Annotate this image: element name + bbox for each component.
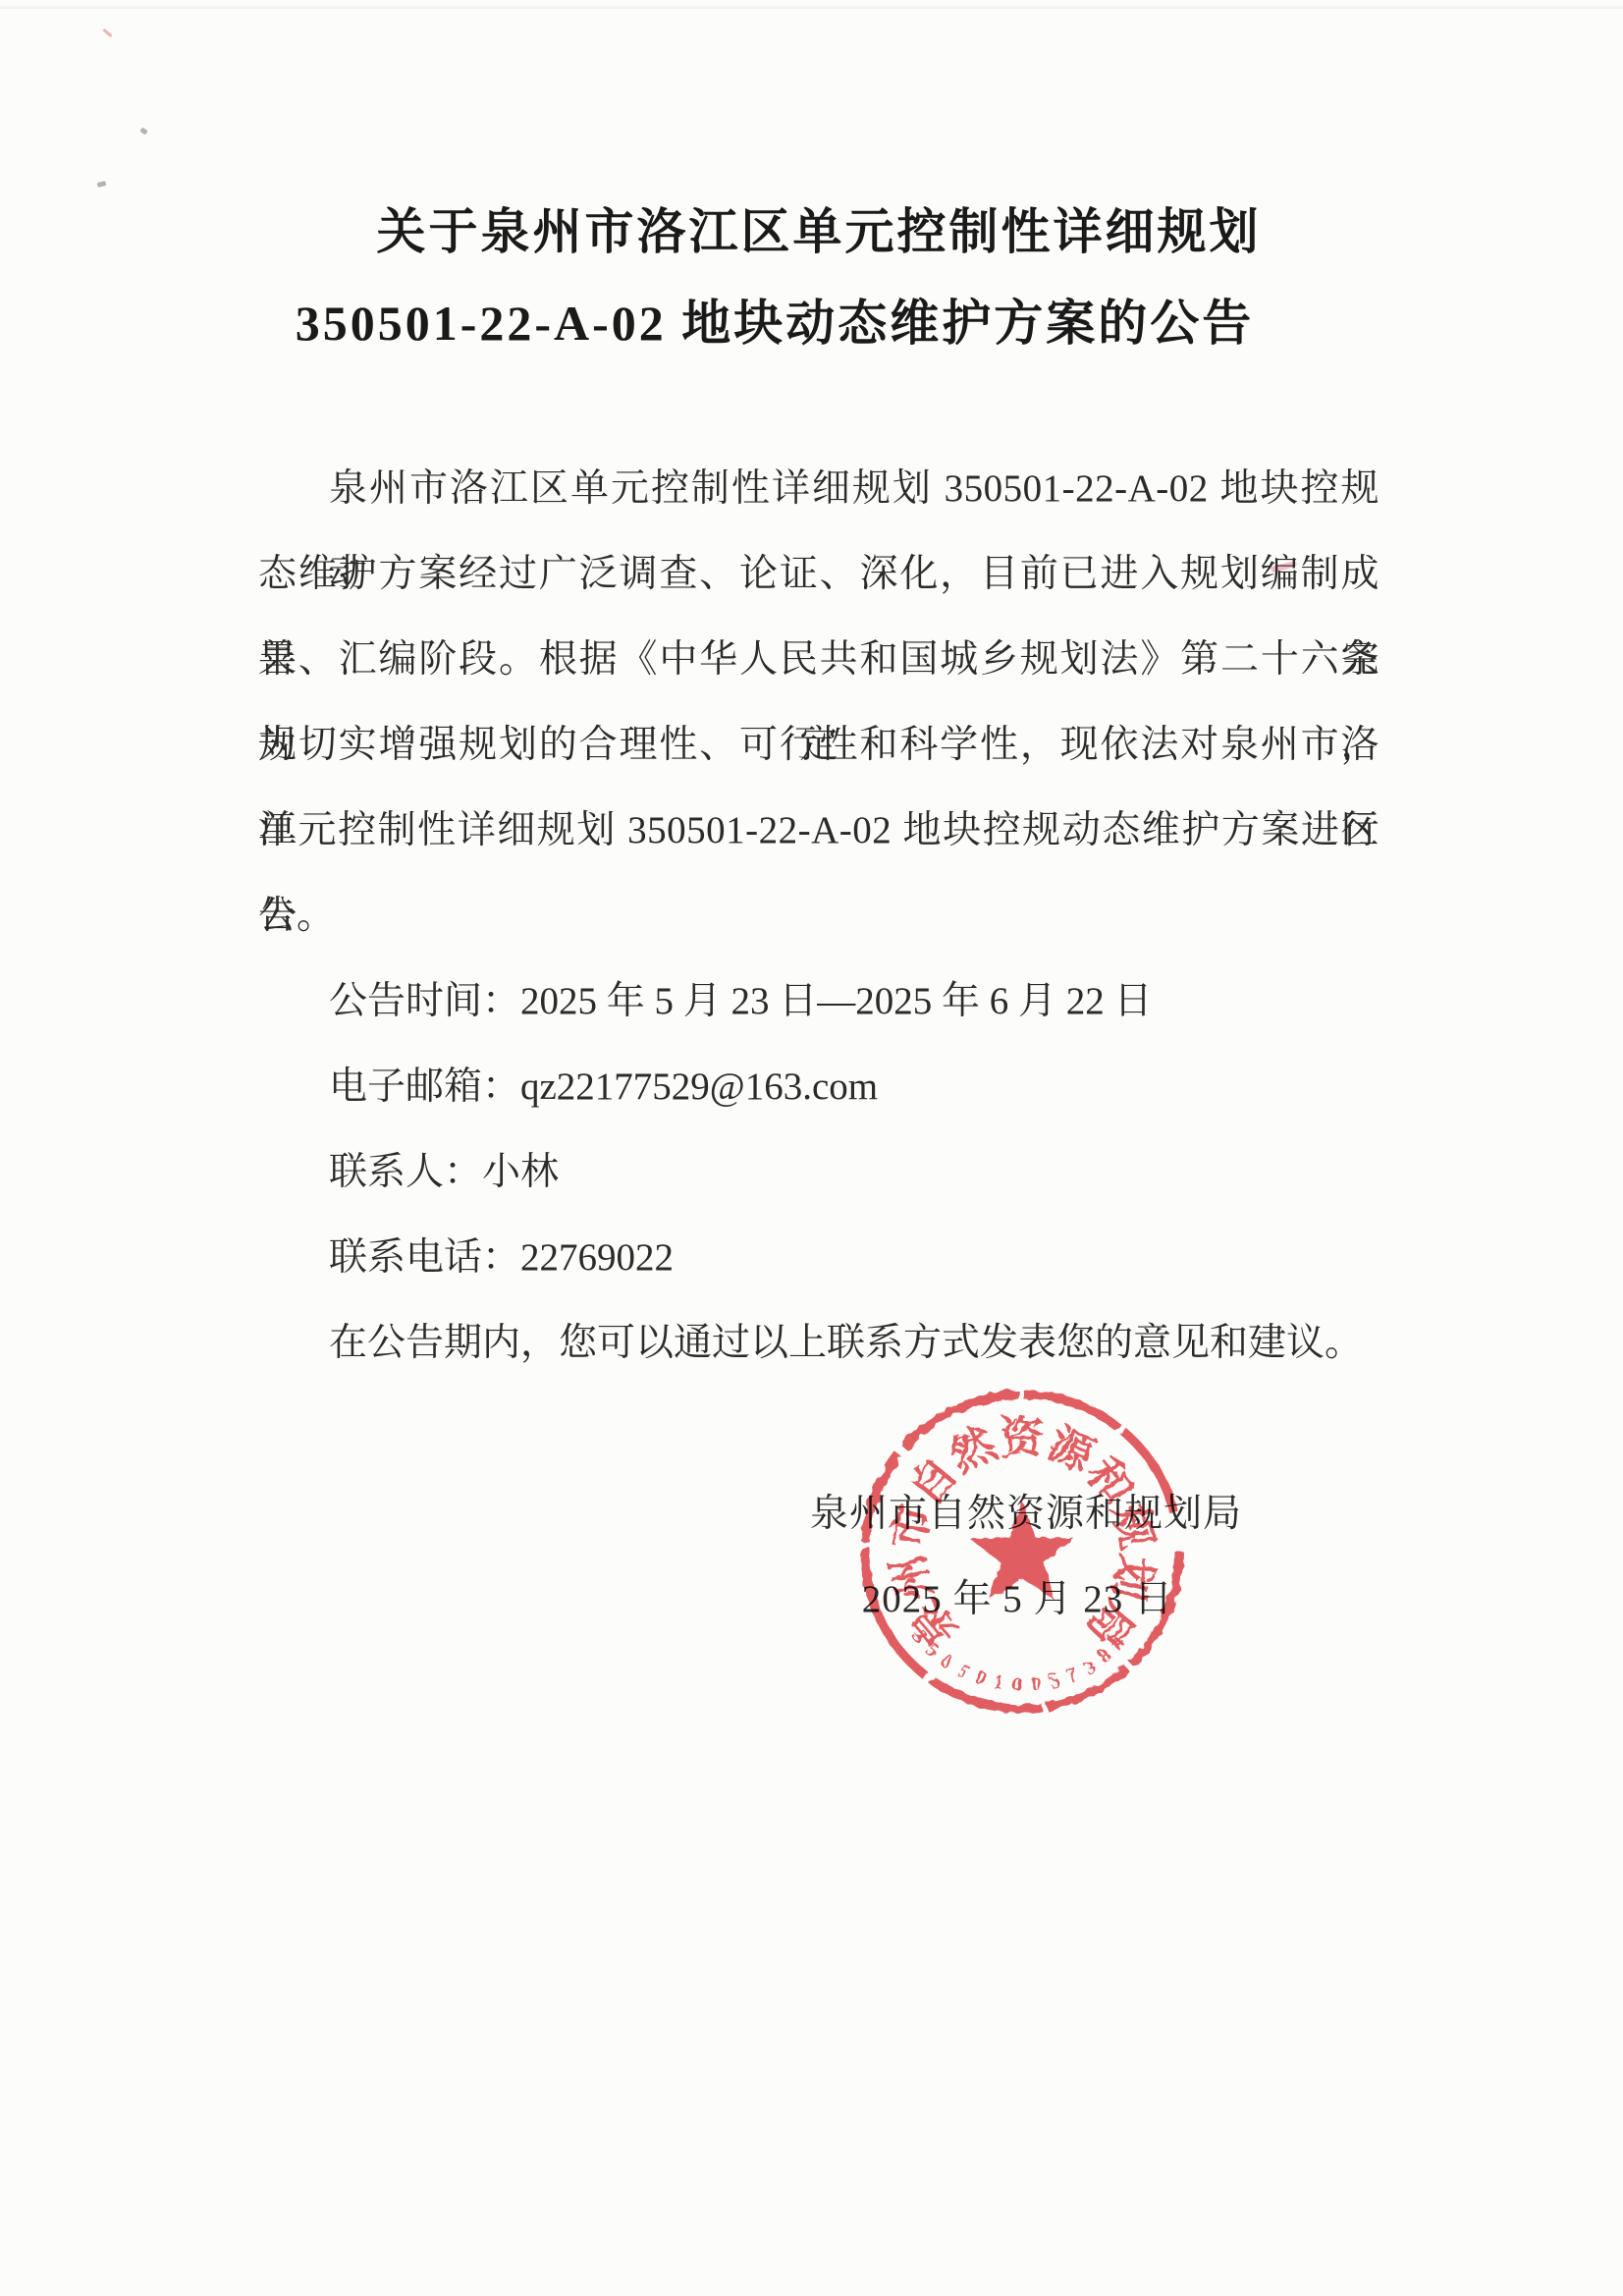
spacer-line: [258, 1386, 1380, 1471]
signature-date: 2025 年 5 月 23 日: [258, 1557, 1380, 1642]
announcement-document-page: 关于泉州市洛江区单元控制性详细规划 350501-22-A-02 地块动态维护方…: [0, 0, 1623, 2296]
paragraph-line: 善、汇编阶段。根据《中华人民共和国城乡规划法》第二十六条规定，: [258, 617, 1380, 702]
scan-red-mark: [102, 28, 112, 37]
paragraph-line: 泉州市洛江区单元控制性详细规划 350501-22-A-02 地块控规动: [258, 446, 1380, 531]
paragraph-line: 单元控制性详细规划 350501-22-A-02 地块控规动态维护方案进行公: [258, 788, 1380, 873]
scan-speck: [139, 127, 148, 135]
contact-phone-line: 联系电话：22769022: [258, 1215, 1380, 1300]
contact-person-line: 联系人：小林: [258, 1129, 1380, 1215]
scan-speck: [97, 181, 107, 188]
email-line: 电子邮箱：qz22177529@163.com: [258, 1044, 1380, 1129]
title-line-1: 关于泉州市洛江区单元控制性详细规划: [258, 187, 1380, 278]
paragraph-line: 为切实增强规划的合理性、可行性和科学性，现依法对泉州市洛江区: [258, 702, 1380, 788]
document-body: 泉州市洛江区单元控制性详细规划 350501-22-A-02 地块控规动 态维护…: [258, 446, 1380, 1642]
signature-organization: 泉州市自然资源和规划局: [258, 1471, 1380, 1557]
document-title: 关于泉州市洛江区单元控制性详细规划 350501-22-A-02 地块动态维护方…: [258, 187, 1380, 369]
scan-edge-artifact: [0, 6, 1623, 9]
paragraph-line: 态维护方案经过广泛调查、论证、深化，目前已进入规划编制成果完: [258, 531, 1380, 617]
feedback-note-line: 在公告期内，您可以通过以上联系方式发表您的意见和建议。: [258, 1300, 1380, 1386]
announcement-period-line: 公告时间：2025 年 5 月 23 日—2025 年 6 月 22 日: [258, 958, 1380, 1044]
paragraph-line: 告。: [258, 873, 1380, 958]
title-line-2: 350501-22-A-02 地块动态维护方案的公告: [214, 278, 1335, 369]
